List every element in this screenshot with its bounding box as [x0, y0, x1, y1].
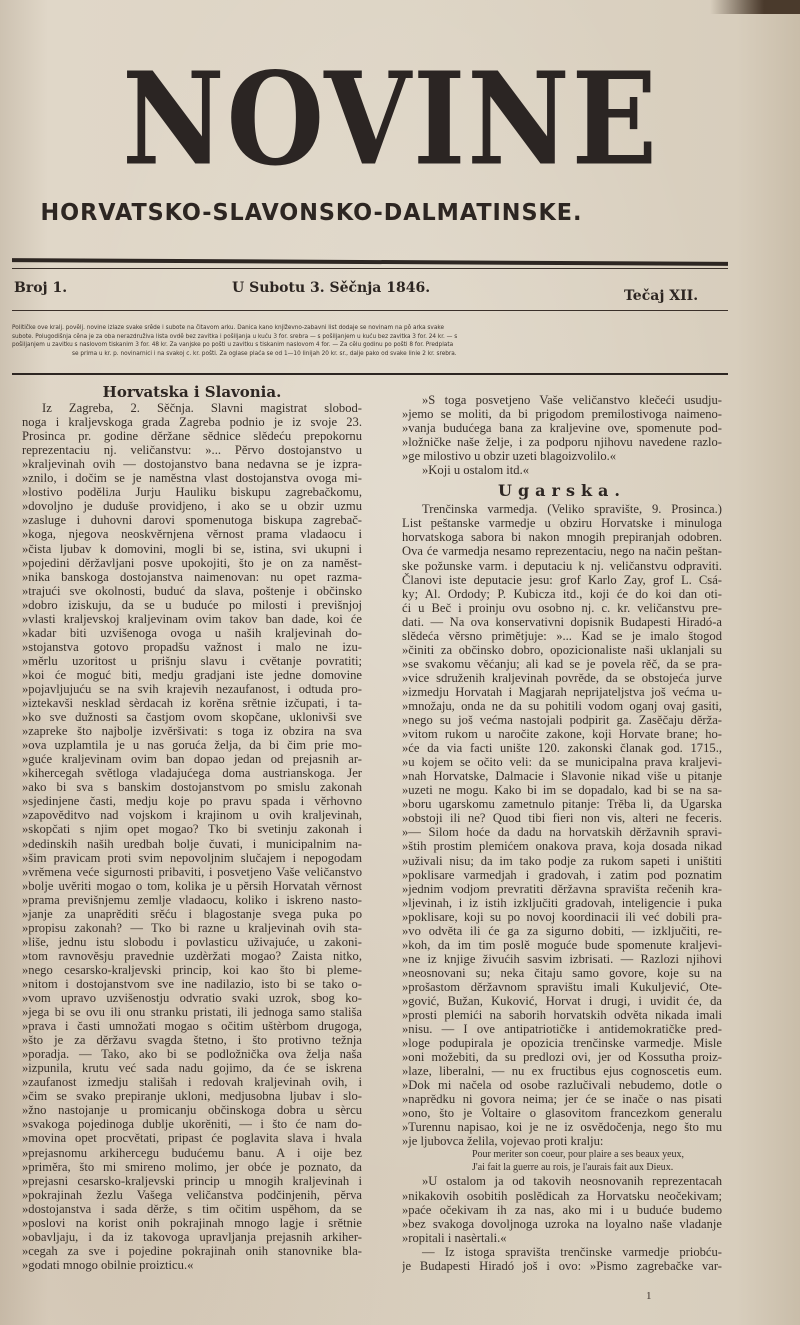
text-line: »laze, liberalni, — nu ex fructibus ejus… — [402, 1064, 722, 1078]
text-line: »vom upravo uzvišenostju odvratio svaki … — [22, 991, 362, 1005]
text-line: »nego cesarsko-kraljevski princip, koi k… — [22, 963, 362, 977]
text-line: »skopčati s njim opet mogao? Tko bi svet… — [22, 822, 362, 836]
text-line: »prosti plemići na saborih horvatskih od… — [402, 1008, 722, 1022]
text-line: »godati mnogo obilnie proizticu.« — [22, 1258, 362, 1272]
text-line: »cegah za sve i pojedine pokrajinah onih… — [22, 1244, 362, 1258]
notice-line: Političke ove kralj. povělj. novine izla… — [12, 323, 732, 332]
text-line: »uživali nisu; da im tako podje za rukom… — [402, 854, 722, 868]
text-line: »stojanstva gotovo propadšu važnost i ma… — [22, 640, 362, 654]
masthead-thin-rule — [12, 268, 728, 269]
text-line: »vrěmena veće sigurnosti pribaviti, i po… — [22, 865, 362, 879]
left-column: Horvatska i Slavonia. Iz Zagreba, 2. Sěč… — [22, 385, 362, 1272]
text-line: »ko sve dužnosti sa častjom ovom skopčan… — [22, 710, 362, 724]
text-line: »jemo se moliti, da bi prigodom premilos… — [402, 407, 722, 421]
text-line: »ložničke naše želje, i za podporu njiho… — [402, 435, 722, 449]
text-line: »žno nastojanje u promicanju občinskoga … — [22, 1103, 362, 1117]
text-line: »što je za děržavu svagda štetno, i što … — [22, 1033, 362, 1047]
notice-rule — [12, 373, 728, 375]
text-line: ky; Al. Ordody; P. Kubicza itd., koji će… — [402, 587, 722, 601]
issue-number: Broj 1. — [14, 280, 67, 296]
text-line: »tom ravnověsju pravednie uzdèržati moga… — [22, 949, 362, 963]
text-line: »iztekavši nesklad sèrdacah iz korěna sr… — [22, 696, 362, 710]
text-line: »kadar biti uzvišenoga ovoga u naših kra… — [22, 626, 362, 640]
text-line: »zapověditvo nad vojskom i krajinom u ov… — [22, 808, 362, 822]
text-line: »nikakovih osobitih poslědicah za Horvat… — [402, 1189, 722, 1203]
text-line: »prejasnomu arkihercegu budućemu banu. A… — [22, 1146, 362, 1160]
text-line: »kihercegah světloga vladajućega doma au… — [22, 766, 362, 780]
section-heading-ugarska: Ugarska. — [402, 484, 722, 498]
text-line: »prama previšnjemu zemlje vladaocu, koli… — [22, 893, 362, 907]
text-line: »nika banskoga dostojanstva naimenovan: … — [22, 570, 362, 584]
text-line: »paće očekivam ih za nas, ako mi i u bud… — [402, 1203, 722, 1217]
text-line: »obstoji ili ne? Quod tibi fieri non vis… — [402, 811, 722, 825]
text-line: »u kojem se očito veli: da se municipaln… — [402, 755, 722, 769]
text-line: »koi će moguć biti, medju gradjani iste … — [22, 668, 362, 682]
text-line: »oni možebiti, da su predlozi ovi, jer o… — [402, 1050, 722, 1064]
text-line: »ropitali i nasèrtali.« — [402, 1231, 722, 1245]
issue-rule — [12, 310, 728, 311]
text-line: »gović, Bužan, Kuković, Horvat i drugi, … — [402, 994, 722, 1008]
text-line: slědeća věrsno primětjuje: »... Kad se j… — [402, 629, 722, 643]
text-line: »ge milostivo u obzir uzeti blagoizvolil… — [402, 449, 722, 463]
text-line: »vitom rukom u naročite zakone, koji Hor… — [402, 727, 722, 741]
text-line: »Koji u ostalom itd.« — [402, 463, 722, 477]
text-line: »jega bi se ovu ili onu stranku pristati… — [22, 1005, 362, 1019]
text-line: »štih prostim plemićem onakova prava, ko… — [402, 839, 722, 853]
text-line: »bez svakoga dovoljnoga uzroka na loyaln… — [402, 1217, 722, 1231]
verse-line: J'ai fait la guerre au rois, je l'aurais… — [402, 1161, 722, 1174]
page-number: 1 — [646, 1290, 652, 1302]
text-line: »će da via facti unište 120. zakonski čl… — [402, 741, 722, 755]
text-line: »pojavljujuću se na svih krajevih nezauf… — [22, 682, 362, 696]
text-line: horvatskoga sabora bi nakon mnogih prepi… — [402, 530, 722, 544]
page-corner-shadow — [710, 0, 800, 14]
right-column-body: Trenčinska varmedja. (Veliko spravište, … — [402, 502, 722, 1148]
text-line: »vo odvěta ili će ga za sigurno dobiti, … — [402, 924, 722, 938]
text-line: »liše, jednu istu slobodu i povlasticu u… — [22, 935, 362, 949]
right-column: »S toga posvetjeno Vaše veličanstvo kleč… — [402, 393, 722, 1273]
text-line: Članovi iste deputacie jesu: grof Karlo … — [402, 573, 722, 587]
text-line: ći u Beč i proinju ovu osobno nj. c. kr.… — [402, 601, 722, 615]
text-line: »sjedinjene časti, medju koje po pravu s… — [22, 794, 362, 808]
text-line: »ljevinah, i iz istih izključiti gradova… — [402, 896, 722, 910]
text-line: »množaju, onda ne da su pohitili vodom o… — [402, 699, 722, 713]
text-line: »činiti za občinsko dobro, opozicionalis… — [402, 643, 722, 657]
text-line: noga i kraljevskoga grada Zagreba podnio… — [22, 415, 362, 429]
text-line: »— Silom hoće da dadu na horvatskih děrž… — [402, 825, 722, 839]
text-line: »U ostalom ja od takovih neosnovanih rep… — [402, 1174, 722, 1188]
text-line: List peštanske varmedje u obziru Horvats… — [402, 516, 722, 530]
text-line: »janje za unaprěditi srěću i blagostanje… — [22, 907, 362, 921]
text-line: dati. — Na ova konservativni dopisnik Bu… — [402, 615, 722, 629]
text-line: Trenčinska varmedja. (Veliko spravište, … — [402, 502, 722, 516]
text-line: »trajući sve okolnosti, buduć da slava, … — [22, 584, 362, 598]
issue-info-bar: Broj 1. U Subotu 3. Sěčnja 1846. Tečaj X… — [14, 280, 729, 302]
text-line: »pokrajinah žezlu Vašega veličanstva pod… — [22, 1188, 362, 1202]
text-line: Iz Zagreba, 2. Sěčnja. Slavni magistrat … — [22, 401, 362, 415]
text-line: »propisu zakonah? — Tko bi razne u kralj… — [22, 921, 362, 935]
text-line: »ne iz knjige živućih sasvim izbrisati. … — [402, 952, 722, 966]
text-line: »pojedini děržavljani posve upokojiti, š… — [22, 556, 362, 570]
text-line: »nego su još većma nastojali podpirit ga… — [402, 713, 722, 727]
text-line: »poklisare varmedjah i gradovah, i zatim… — [402, 868, 722, 882]
text-line: »zaufanost izmedju stališah i redovah kr… — [22, 1075, 362, 1089]
left-column-body: Iz Zagreba, 2. Sěčnja. Slavni magistrat … — [22, 401, 362, 1272]
newspaper-title: NOVINE — [123, 55, 660, 182]
text-line: »lostivo poděliла Jurju Hauliku biskupu … — [22, 485, 362, 499]
text-line: »izpunila, krutu već sada nadu gojimo, d… — [22, 1061, 362, 1075]
text-line: »prošastom děržavnom spravištu imali Kuk… — [402, 980, 722, 994]
verse-line: Pour meriter son coeur, pour plaire a se… — [402, 1148, 722, 1161]
text-line: »ako bi sva s banskim dostojanstvom po s… — [22, 780, 362, 794]
masthead: NOVINE — [0, 60, 800, 178]
text-line: »vice sdruženih kraljevinah povrěde, da … — [402, 671, 722, 685]
text-line: »nah Horvatske, Dalmacie i Slavonie nika… — [402, 769, 722, 783]
text-line: »kraljevinah ovih — dostojanstvo bana ne… — [22, 457, 362, 471]
notice-line: pošiljanjem u zavitku s naslovom tiskani… — [12, 340, 732, 349]
text-line: »koh, da im tim poslě moguće bude spomen… — [402, 938, 722, 952]
text-line: je Budapesti Hiradó još i ovo: »Pismo za… — [402, 1259, 722, 1273]
text-line: »poslovi na korist onih pokrajinah mnogo… — [22, 1216, 362, 1230]
text-line: »dovoljno je duduše providjeno, i ako se… — [22, 499, 362, 513]
text-line: »prejasni cesarsko-kraljevski princip u … — [22, 1174, 362, 1188]
text-line: »zapreke što najbolje izvěršivati: s tog… — [22, 724, 362, 738]
text-line: »izmedju Horvatah i Magjarah neprijatelj… — [402, 685, 722, 699]
french-verse: Pour meriter son coeur, pour plaire a se… — [402, 1148, 722, 1174]
text-line: »se svakomu věćanju; ali kad se je povel… — [402, 657, 722, 671]
text-line: — Iz istoga spravišta trenčinske varmedj… — [402, 1245, 722, 1259]
text-line: Ova će varmedja nesamo reprezentaciu, ne… — [402, 544, 722, 558]
text-line: »znilo, i dočim se je naměstna vlast dos… — [22, 471, 362, 485]
text-line: »ova uzplamtila je u nas goruća želja, d… — [22, 738, 362, 752]
text-line: »čista ljubav k domovini, mogli bi se, i… — [22, 542, 362, 556]
subscription-notice: Političke ove kralj. povělj. novine izla… — [12, 323, 732, 357]
notice-line: subote. Polugodišnja cěna je za oba nera… — [12, 332, 732, 341]
text-line: »ono, što je Voltaire o glasovitom franc… — [402, 1106, 722, 1120]
masthead-rule — [12, 258, 728, 266]
text-line: »uzeti ne mogu. Kako bi im se dopadalo, … — [402, 783, 722, 797]
text-line: »vlasti kraljevskoj kraljevinam ovim tak… — [22, 612, 362, 626]
text-line: »koga, njegova neoskvěrnjena věrnost pra… — [22, 527, 362, 541]
text-line: »měrlu uzoritost u prišnju slavu i cvěta… — [22, 654, 362, 668]
text-line: »naprědku ni govora neima; jer će se ina… — [402, 1092, 722, 1106]
text-line: »dedinskih naših uredbah bolje čuvati, i… — [22, 837, 362, 851]
text-line: reprezentaciu nj. veličanstvu: »... Pěrv… — [22, 443, 362, 457]
right-column-closing: »U ostalom ja od takovih neosnovanih rep… — [402, 1174, 722, 1272]
issue-date: U Subotu 3. Sěčnja 1846. — [232, 280, 430, 296]
text-line: »movina opet procvětati, pripast će pogl… — [22, 1131, 362, 1145]
text-line: »Turennu napisao, koi je ne iz osvědočen… — [402, 1120, 722, 1134]
text-line: »loge podupirala je opozicia trenčinske … — [402, 1036, 722, 1050]
newspaper-page: NOVINE HORVATSKO-SLAVONSKO-DALMATINSKE. … — [0, 0, 800, 1325]
text-line: »Dok mi načela od osobe razlučivali nebu… — [402, 1078, 722, 1092]
text-line: »prava i časti umnožati mogao s očitim u… — [22, 1019, 362, 1033]
text-line: »je ljubovca želila, vojevao proti kralj… — [402, 1134, 722, 1148]
text-line: ske požunske varm. i deputaciu k nj. vel… — [402, 559, 722, 573]
text-line: »poradja. — Tako, ako bi se podložnička … — [22, 1047, 362, 1061]
right-column-intro: »S toga posvetjeno Vaše veličanstvo kleč… — [402, 393, 722, 477]
text-line: »dostojanstva i sada děrže, s tim očitim… — [22, 1202, 362, 1216]
text-line: »S toga posvetjeno Vaše veličanstvo kleč… — [402, 393, 722, 407]
text-line: »nitom i dostojanstvom sve ine nadilazio… — [22, 977, 362, 991]
text-line: »šim pravicam proti svim nepovoljnim slu… — [22, 851, 362, 865]
text-line: »neosnovani su; neka čitaju samo govore,… — [402, 966, 722, 980]
text-line: »obavljaju, i da iz takovoga upravljanja… — [22, 1230, 362, 1244]
text-line: »guće kraljevinam ovim ban dopao jedan o… — [22, 752, 362, 766]
text-line: »jednim vodjom prevratiti děržavna sprav… — [402, 882, 722, 896]
section-heading-horvatska: Horvatska i Slavonia. — [22, 385, 362, 399]
text-line: »bolje uvěriti mogao o tom, kolika je u … — [22, 879, 362, 893]
newspaper-subtitle: HORVATSKO-SLAVONSKO-DALMATINSKE. — [41, 200, 720, 226]
issue-volume: Tečaj XII. — [624, 288, 698, 304]
text-line: »nisu. — I ove antipatriotičke i antidem… — [402, 1022, 722, 1036]
text-line: »dobro iziskuju, da se u buduće po milos… — [22, 598, 362, 612]
text-line: »zasluge i duhovni darovi spomenutoga bi… — [22, 513, 362, 527]
text-line: »priměra, što mi smireno molimo, jer obć… — [22, 1160, 362, 1174]
text-line: »čim se svako prepiranje ukloni, medjuso… — [22, 1089, 362, 1103]
text-line: »poklisare, koji su po novoj koordinacii… — [402, 910, 722, 924]
notice-line: se prima u kr. p. novinarnici i na svako… — [12, 349, 732, 358]
text-line: Prosinca pr. godine děržane sědnice slěd… — [22, 429, 362, 443]
text-line: »svakoga pojedinoga dublje ukorěniti, — … — [22, 1117, 362, 1131]
text-line: »vanja budućega bana za kraljevine ove, … — [402, 421, 722, 435]
text-line: »boru ugarskomu zametnulo pitanje: Trěba… — [402, 797, 722, 811]
